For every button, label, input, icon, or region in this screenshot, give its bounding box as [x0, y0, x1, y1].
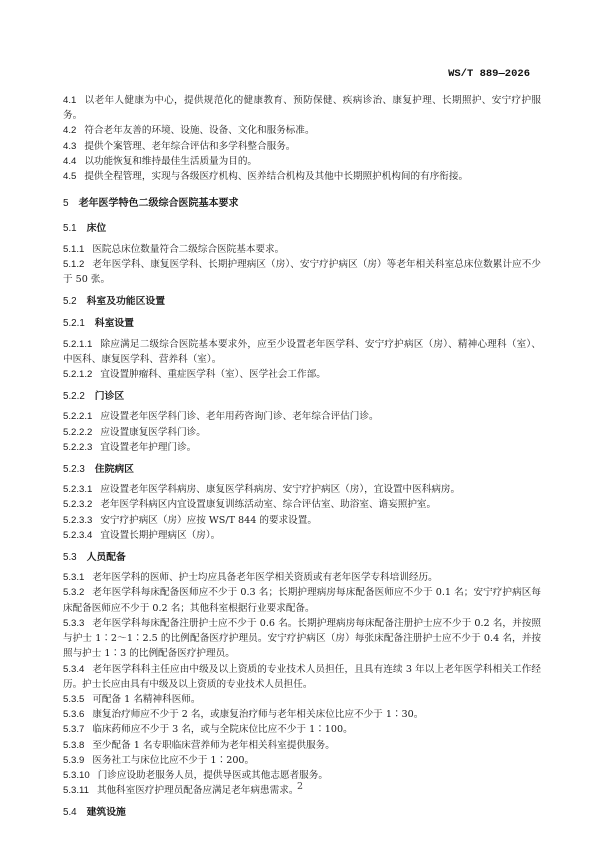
- section-heading: 5.4建筑设施: [63, 805, 541, 820]
- clause-paragraph: 4.2符合老年友善的环境、设施、设备、文化和服务标准。: [63, 123, 541, 138]
- clause-text: 安宁疗护病区（房）应按 WS/T 844 的要求设置。: [100, 515, 317, 526]
- clause-number: 5.3.7: [63, 722, 84, 737]
- clause-text: 老年医学特色二级综合医院基本要求: [79, 198, 239, 209]
- clause-paragraph: 4.4以功能恢复和维持最佳生活质量为目的。: [63, 154, 541, 169]
- clause-number: 5.1.1: [63, 242, 84, 257]
- clause-text: 老年医学科每床配备注册护士应不少于 0.6 名。长期护理病房每床配备注册护士应不…: [63, 618, 541, 659]
- clause-text: 老年医学科、康复医学科、长期护理病区（房）、安宁疗护病区（房）等老年相关科室总床…: [63, 259, 541, 285]
- clause-paragraph: 5.1.1医院总床位数量符合二级综合医院基本要求。: [63, 242, 541, 257]
- section-heading: 5.2.3住院病区: [63, 462, 541, 477]
- clause-number: 5.3.1: [63, 570, 84, 585]
- clause-text: 提供个案管理、老年综合评估和多学科整合服务。: [84, 141, 295, 152]
- clause-number: 5.1.2: [63, 257, 84, 272]
- clause-text: 宜设置肿瘤科、重症医学科（室）、医学社会工作部。: [100, 369, 325, 380]
- document-body: 4.1以老年人健康为中心，提供规范化的健康教育、预防保健、疾病诊治、康复护理、长…: [63, 93, 541, 826]
- clause-number: 4.1: [63, 93, 76, 108]
- clause-paragraph: 5.2.3.3安宁疗护病区（房）应按 WS/T 844 的要求设置。: [63, 513, 541, 528]
- clause-text: 应设置康复医学科门诊。: [100, 427, 206, 438]
- clause-number: 4.4: [63, 154, 76, 169]
- section-heading: 5.2.2门诊区: [63, 389, 541, 404]
- clause-number: 5.3.9: [63, 753, 84, 768]
- clause-text: 以功能恢复和维持最佳生活质量为目的。: [84, 156, 257, 167]
- chapter-heading: 5老年医学特色二级综合医院基本要求: [63, 196, 541, 211]
- section-heading: 5.3人员配备: [63, 550, 541, 565]
- clause-text: 门诊区: [95, 391, 124, 402]
- clause-paragraph: 5.2.2.3宜设置老年护理门诊。: [63, 440, 541, 455]
- clause-number: 5.3.2: [63, 585, 84, 600]
- clause-paragraph: 5.2.3.2老年医学科病区内宜设置康复训练活动室、综合评估室、助浴室、谵妄照护…: [63, 497, 541, 512]
- section-heading: 5.2.1科室设置: [63, 316, 541, 331]
- clause-text: 老年医学科每床配备医师应不少于 0.3 名；长期护理病房每床配备医师应不少于 0…: [63, 587, 541, 613]
- document-code-header: WS/T 889—2026: [448, 68, 530, 80]
- clause-number: 5.2.2.3: [63, 440, 92, 455]
- clause-paragraph: 5.2.3.1应设置老年医学科病房、康复医学科病房、安宁疗护病区（房），宜设置中…: [63, 482, 541, 497]
- clause-paragraph: 5.3.5可配备 1 名精神科医师。: [63, 692, 541, 707]
- clause-paragraph: 5.3.6康复治疗师应不少于 2 名，或康复治疗师与老年相关床位比应不少于 1∶…: [63, 707, 541, 722]
- clause-text: 应设置老年医学科门诊、老年用药咨询门诊、老年综合评估门诊。: [100, 411, 378, 422]
- clause-number: 5.3.4: [63, 662, 84, 677]
- clause-number: 5.2.3.2: [63, 497, 92, 512]
- clause-number: 5.3: [63, 550, 77, 565]
- clause-paragraph: 5.2.2.2应设置康复医学科门诊。: [63, 425, 541, 440]
- clause-number: 5.3.3: [63, 616, 84, 631]
- clause-text: 老年医学科的医师、护士均应具备老年医学相关资质或有老年医学专科培训经历。: [92, 572, 437, 583]
- clause-paragraph: 5.3.8至少配备 1 名专职临床营养师为老年相关科室提供服务。: [63, 738, 541, 753]
- clause-text: 宜设置长期护理病区（房）。: [100, 530, 220, 541]
- clause-number: 5.1: [63, 221, 77, 236]
- clause-text: 床位: [87, 223, 107, 234]
- clause-number: 5.4: [63, 805, 77, 820]
- clause-paragraph: 5.2.1.1除应满足二级综合医院基本要求外，应至少设置老年医学科、安宁疗护病区…: [63, 337, 541, 367]
- clause-text: 老年医学科病区内宜设置康复训练活动室、综合评估室、助浴室、谵妄照护室。: [100, 499, 436, 510]
- clause-number: 5.2.3.3: [63, 513, 92, 528]
- clause-text: 符合老年友善的环境、设施、设备、文化和服务标准。: [84, 125, 314, 136]
- clause-number: 5.2.3: [63, 462, 85, 477]
- clause-text: 门诊应设助老服务人员，提供导医或其他志愿者服务。: [98, 770, 328, 781]
- page-number: 2: [0, 781, 600, 792]
- clause-paragraph: 5.3.4老年医学科科主任应由中级及以上资质的专业技术人员担任，且具有连续 3 …: [63, 662, 541, 692]
- clause-text: 人员配备: [87, 552, 126, 563]
- clause-paragraph: 4.1以老年人健康为中心，提供规范化的健康教育、预防保健、疾病诊治、康复护理、长…: [63, 93, 541, 123]
- clause-text: 临床药师应不少于 3 名，或与全院床位比应不少于 1∶100。: [92, 724, 352, 735]
- clause-text: 康复治疗师应不少于 2 名，或康复治疗师与老年相关床位比应不少于 1∶30。: [92, 709, 423, 720]
- clause-number: 5: [63, 196, 69, 211]
- clause-paragraph: 5.3.1老年医学科的医师、护士均应具备老年医学相关资质或有老年医学专科培训经历…: [63, 570, 541, 585]
- clause-number: 5.3.8: [63, 738, 84, 753]
- clause-number: 5.2.3.4: [63, 528, 92, 543]
- clause-number: 4.5: [63, 169, 76, 184]
- clause-text: 建筑设施: [87, 807, 126, 818]
- clause-text: 提供全程管理，实现与各级医疗机构、医养结合机构及其他中长期照护机构间的有序衔接。: [84, 171, 468, 182]
- clause-number: 5.2.2.1: [63, 409, 92, 424]
- clause-number: 5.2.2.2: [63, 425, 92, 440]
- clause-text: 以老年人健康为中心，提供规范化的健康教育、预防保健、疾病诊治、康复护理、长期照护…: [63, 95, 541, 121]
- clause-number: 5.2.1: [63, 316, 85, 331]
- clause-text: 科室及功能区设置: [87, 296, 165, 307]
- clause-paragraph: 5.3.3老年医学科每床配备注册护士应不少于 0.6 名。长期护理病房每床配备注…: [63, 616, 541, 662]
- clause-number: 5.2.1.2: [63, 367, 92, 382]
- clause-paragraph: 5.3.2老年医学科每床配备医师应不少于 0.3 名；长期护理病房每床配备医师应…: [63, 585, 541, 615]
- clause-number: 5.3.6: [63, 707, 84, 722]
- clause-number: 4.3: [63, 139, 76, 154]
- clause-number: 5.2: [63, 294, 77, 309]
- section-heading: 5.2科室及功能区设置: [63, 294, 541, 309]
- clause-paragraph: 5.1.2老年医学科、康复医学科、长期护理病区（房）、安宁疗护病区（房）等老年相…: [63, 257, 541, 287]
- clause-text: 除应满足二级综合医院基本要求外，应至少设置老年医学科、安宁疗护病区（房）、精神心…: [63, 339, 541, 365]
- clause-paragraph: 5.3.7临床药师应不少于 3 名，或与全院床位比应不少于 1∶100。: [63, 722, 541, 737]
- clause-text: 可配备 1 名精神科医师。: [92, 694, 200, 705]
- clause-number: 4.2: [63, 123, 76, 138]
- clause-text: 医务社工与床位比应不少于 1∶200。: [92, 755, 254, 766]
- clause-paragraph: 5.2.1.2宜设置肿瘤科、重症医学科（室）、医学社会工作部。: [63, 367, 541, 382]
- clause-text: 老年医学科科主任应由中级及以上资质的专业技术人员担任，且具有连续 3 年以上老年…: [63, 664, 541, 690]
- clause-text: 至少配备 1 名专职临床营养师为老年相关科室提供服务。: [92, 740, 334, 751]
- clause-paragraph: 5.2.2.1应设置老年医学科门诊、老年用药咨询门诊、老年综合评估门诊。: [63, 409, 541, 424]
- clause-paragraph: 5.2.3.4宜设置长期护理病区（房）。: [63, 528, 541, 543]
- clause-text: 住院病区: [95, 464, 134, 475]
- clause-text: 科室设置: [95, 318, 134, 329]
- clause-text: 医院总床位数量符合二级综合医院基本要求。: [92, 244, 284, 255]
- clause-paragraph: 5.3.9医务社工与床位比应不少于 1∶200。: [63, 753, 541, 768]
- clause-number: 5.3.5: [63, 692, 84, 707]
- clause-text: 宜设置老年护理门诊。: [100, 442, 196, 453]
- clause-text: 应设置老年医学科病房、康复医学科病房、安宁疗护病区（房），宜设置中医科病房。: [100, 484, 460, 495]
- clause-paragraph: 4.5提供全程管理，实现与各级医疗机构、医养结合机构及其他中长期照护机构间的有序…: [63, 169, 541, 184]
- clause-number: 5.2.1.1: [63, 337, 92, 352]
- section-heading: 5.1床位: [63, 221, 541, 236]
- clause-number: 5.2.2: [63, 389, 85, 404]
- clause-paragraph: 4.3提供个案管理、老年综合评估和多学科整合服务。: [63, 139, 541, 154]
- clause-number: 5.2.3.1: [63, 482, 92, 497]
